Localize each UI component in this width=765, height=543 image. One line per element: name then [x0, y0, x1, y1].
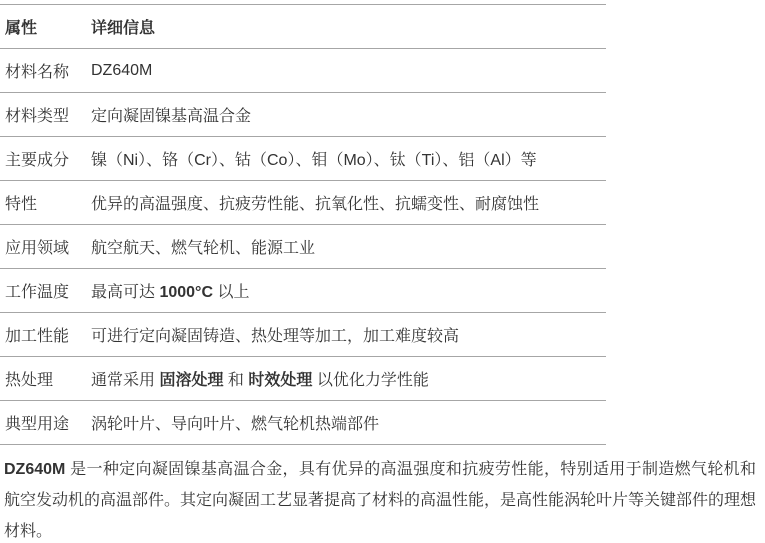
value-text: 以优化力学性能 — [312, 372, 428, 389]
table-row-material-type: 材料类型 定向凝固镍基高温合金 — [0, 92, 606, 136]
row-value: 优异的高温强度、抗疲劳性能、抗氧化性、抗蠕变性、耐腐蚀性 — [91, 191, 606, 214]
header-details-column: 详细信息 — [91, 15, 606, 38]
row-label: 特性 — [0, 191, 91, 214]
row-label: 材料类型 — [0, 103, 91, 126]
row-value: DZ640M — [91, 62, 606, 80]
summary-text: 是一种定向凝固镍基高温合金，具有优异的高温强度和抗疲劳性能，特别适用于制造燃气轮… — [4, 461, 756, 540]
row-value: 航空航天、燃气轮机、能源工业 — [91, 235, 606, 258]
table-row-application-fields: 应用领域 航空航天、燃气轮机、能源工业 — [0, 224, 606, 268]
row-value: 涡轮叶片、导向叶片、燃气轮机热端部件 — [91, 411, 606, 434]
table-row-working-temperature: 工作温度 最高可达 1000°C 以上 — [0, 268, 606, 312]
value-text: 航空航天、燃气轮机、能源工业 — [91, 240, 315, 257]
summary-material-name: DZ640M — [4, 461, 65, 478]
material-summary-paragraph: DZ640M 是一种定向凝固镍基高温合金，具有优异的高温强度和抗疲劳性能，特别适… — [4, 454, 756, 543]
material-attributes-table: 属性 详细信息 材料名称 DZ640M 材料类型 定向凝固镍基高温合金 主要成分… — [0, 4, 606, 445]
value-text: 优异的高温强度、抗疲劳性能、抗氧化性、抗蠕变性、耐腐蚀性 — [91, 196, 539, 213]
header-attribute-column: 属性 — [0, 15, 91, 38]
value-text: 镍（Ni）、铬（Cr）、钴（Co）、钼（Mo）、钛（Ti）、铝（Al）等 — [91, 152, 537, 169]
table-row-processing-performance: 加工性能 可进行定向凝固铸造、热处理等加工，加工难度较高 — [0, 312, 606, 356]
row-value: 定向凝固镍基高温合金 — [91, 103, 606, 126]
value-text: 可进行定向凝固铸造、热处理等加工，加工难度较高 — [91, 328, 459, 345]
value-text: 定向凝固镍基高温合金 — [91, 108, 251, 125]
row-label: 热处理 — [0, 367, 91, 390]
value-text: 通常采用 — [91, 372, 159, 389]
row-label: 主要成分 — [0, 147, 91, 170]
material-info-page: 属性 详细信息 材料名称 DZ640M 材料类型 定向凝固镍基高温合金 主要成分… — [0, 0, 765, 543]
row-label: 应用领域 — [0, 235, 91, 258]
row-label: 典型用途 — [0, 411, 91, 434]
value-text: DZ640M — [91, 62, 152, 79]
row-value: 最高可达 1000°C 以上 — [91, 279, 606, 302]
value-text-bold: 1000°C — [159, 284, 213, 301]
value-text: 和 — [223, 372, 248, 389]
table-row-typical-uses: 典型用途 涡轮叶片、导向叶片、燃气轮机热端部件 — [0, 400, 606, 444]
row-label: 材料名称 — [0, 59, 91, 82]
value-text-bold: 时效处理 — [248, 372, 312, 389]
table-row-material-name: 材料名称 DZ640M — [0, 48, 606, 92]
table-header-row: 属性 详细信息 — [0, 4, 606, 48]
value-text: 以上 — [213, 284, 249, 301]
value-text: 最高可达 — [91, 284, 159, 301]
row-value: 通常采用 固溶处理 和 时效处理 以优化力学性能 — [91, 367, 606, 390]
row-value: 可进行定向凝固铸造、热处理等加工，加工难度较高 — [91, 323, 606, 346]
table-row-properties: 特性 优异的高温强度、抗疲劳性能、抗氧化性、抗蠕变性、耐腐蚀性 — [0, 180, 606, 224]
row-label: 工作温度 — [0, 279, 91, 302]
row-label: 加工性能 — [0, 323, 91, 346]
value-text-bold: 固溶处理 — [159, 372, 223, 389]
value-text: 涡轮叶片、导向叶片、燃气轮机热端部件 — [91, 416, 379, 433]
table-row-main-composition: 主要成分 镍（Ni）、铬（Cr）、钴（Co）、钼（Mo）、钛（Ti）、铝（Al）… — [0, 136, 606, 180]
row-value: 镍（Ni）、铬（Cr）、钴（Co）、钼（Mo）、钛（Ti）、铝（Al）等 — [91, 147, 606, 170]
table-row-heat-treatment: 热处理 通常采用 固溶处理 和 时效处理 以优化力学性能 — [0, 356, 606, 400]
